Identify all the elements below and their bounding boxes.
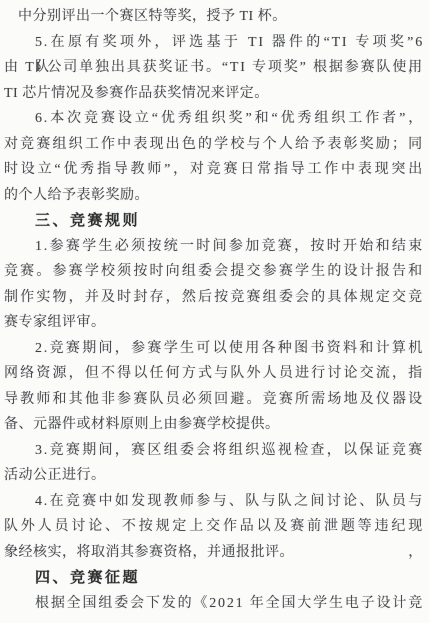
paragraph-line: TI 芯片情况及参赛作品获奖情况来评定。	[0, 81, 429, 107]
paragraph-line: 1.参赛学生必须按统一时间参加竞赛，按时开始和结束	[0, 234, 429, 260]
document-page: 中分别评出一个赛区特等奖，授予 TI 杯。 5.在原有奖项外，评选基于 TI 器…	[0, 0, 429, 623]
paragraph-line: 4.在竞赛中如发现教师参与、队与队之间讨论、队员与	[0, 489, 429, 515]
paragraph-line: 竞赛。参赛学校须按时向组委会提交参赛学生的设计报告和	[0, 259, 429, 285]
paragraph-line: 6.本次竞赛设立“优秀组织奖”和“优秀组织工作者”，	[0, 106, 429, 132]
paragraph-line: 3.竞赛期间，赛区组委会将组织巡视检查，以保证竞赛	[0, 438, 429, 464]
paragraph-line: 活动公正进行。	[0, 463, 429, 489]
paragraph-line: 中分别评出一个赛区特等奖，授予 TI 杯。	[0, 4, 429, 30]
paragraph-line: 时设立“优秀指导教师”，对竞赛日常指导工作中表现突出	[0, 157, 429, 183]
paragraph-line: 队外人员讨论、不按规定上交作品以及赛前泄题等违纪现象，	[0, 514, 429, 540]
paragraph-line: 导教师和其他非参赛队员必须回避。竞赛所需场地及仪器设	[0, 387, 429, 413]
paragraph-line: 网络资源，但不得以任何方式与队外人员进行讨论交流，指	[0, 361, 429, 387]
paragraph-line: 对竞赛组织工作中表现出色的学校与个人给予表彰奖励；同	[0, 132, 429, 158]
section-heading-rules: 三、竞赛规则	[0, 208, 429, 234]
paragraph-line: 2.竞赛期间，参赛学生可以使用各种图书资料和计算机	[0, 336, 429, 362]
paragraph-line: 由 TI 公司单独出具获奖证书。“TI 专项奖” 根据参赛队使用	[0, 55, 429, 81]
section-heading-topics: 四、竞赛征题	[0, 565, 429, 591]
paragraph-line: 制作实物，并及时封存，然后按竞赛组委会的具体规定交竞	[0, 285, 429, 311]
paragraph-line: 的个人给予表彰奖励。	[0, 183, 429, 209]
paragraph-line: 赛专家组评审。	[0, 310, 429, 336]
paragraph-line: 5.在原有奖项外，评选基于 TI 器件的“TI 专项奖”6 队，	[0, 30, 429, 56]
paragraph-line: 根据全国组委会下发的《2021 年全国大学生电子设计竞	[0, 591, 429, 617]
paragraph-line: 备、元器件或材料原则上由参赛学校提供。	[0, 412, 429, 438]
